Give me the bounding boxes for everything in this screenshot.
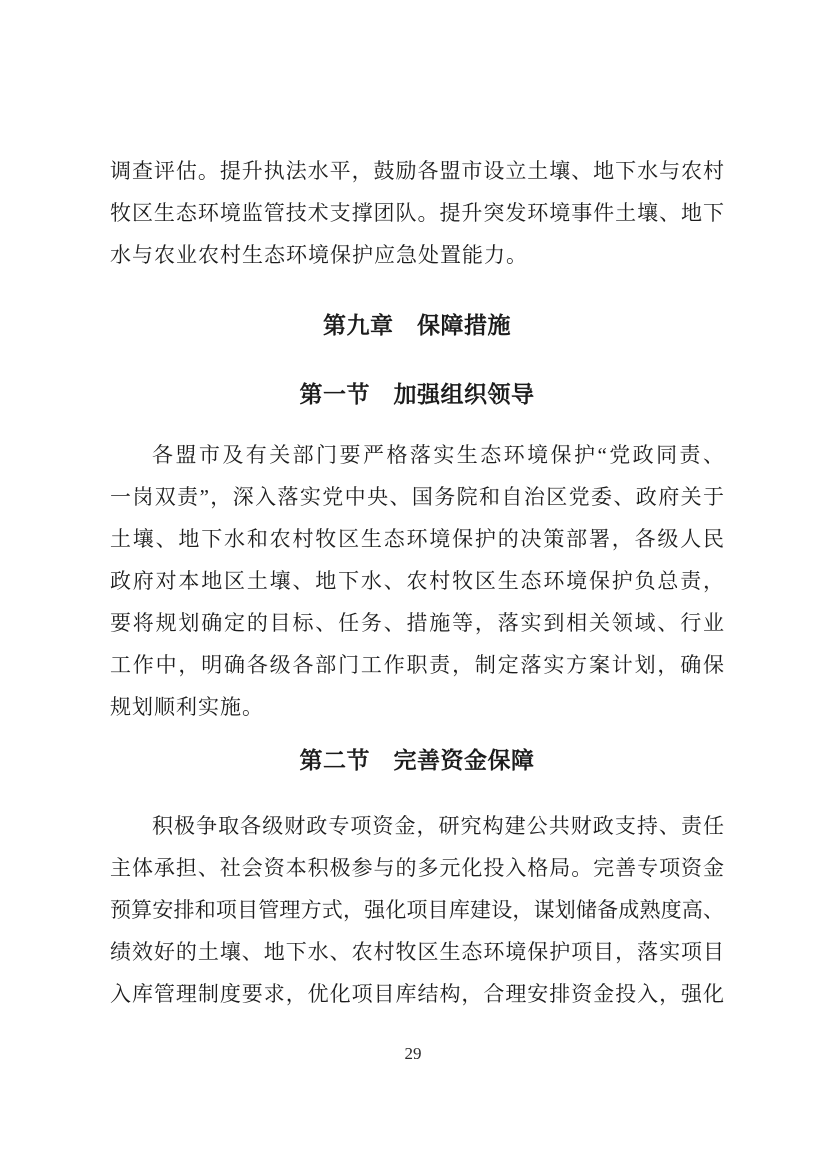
section-2-paragraph: 积极争取各级财政专项资金，研究构建公共财政支持、责任 主体承担、社会资本积极参与… [110,805,724,1015]
paragraph-line: 主体承担、社会资本积极参与的多元化投入格局。完善专项资金 [110,847,724,889]
section-heading-2: 第二节 完善资金保障 [110,740,724,782]
paragraph-line: 要将规划确定的目标、任务、措施等，落实到相关领域、行业 [110,602,724,644]
paragraph-line: 牧区生态环境监管技术支撑团队。提升突发环境事件土壤、地下 [110,192,724,234]
document-page: 调查评估。提升执法水平，鼓励各盟市设立土壤、地下水与农村 牧区生态环境监管技术支… [0,0,826,1169]
paragraph-line: 水与农业农村生态环境保护应急处置能力。 [110,234,724,276]
chapter-heading: 第九章 保障措施 [110,304,724,346]
paragraph-line: 积极争取各级财政专项资金，研究构建公共财政支持、责任 [110,805,724,847]
paragraph-line: 工作中，明确各级各部门工作职责，制定落实方案计划，确保 [110,644,724,686]
paragraph-line: 政府对本地区土壤、地下水、农村牧区生态环境保护负总责， [110,560,724,602]
page-number: 29 [0,1044,826,1064]
page-content: 调查评估。提升执法水平，鼓励各盟市设立土壤、地下水与农村 牧区生态环境监管技术支… [110,150,724,1015]
paragraph-line: 规划顺利实施。 [110,686,724,728]
paragraph-line: 调查评估。提升执法水平，鼓励各盟市设立土壤、地下水与农村 [110,150,724,192]
paragraph-line: 入库管理制度要求，优化项目库结构，合理安排资金投入，强化 [110,973,724,1015]
paragraph-line: 土壤、地下水和农村牧区生态环境保护的决策部署，各级人民 [110,518,724,560]
paragraph-line: 预算安排和项目管理方式，强化项目库建设，谋划储备成熟度高、 [110,889,724,931]
section-heading-1: 第一节 加强组织领导 [110,374,724,416]
paragraph-line: 绩效好的土壤、地下水、农村牧区生态环境保护项目，落实项目 [110,931,724,973]
paragraph-line: 各盟市及有关部门要严格落实生态环境保护“党政同责、 [110,434,724,476]
section-1-paragraph: 各盟市及有关部门要严格落实生态环境保护“党政同责、 一岗双责”，深入落实党中央、… [110,434,724,728]
continuation-paragraph: 调查评估。提升执法水平，鼓励各盟市设立土壤、地下水与农村 牧区生态环境监管技术支… [110,150,724,276]
paragraph-line: 一岗双责”，深入落实党中央、国务院和自治区党委、政府关于 [110,476,724,518]
